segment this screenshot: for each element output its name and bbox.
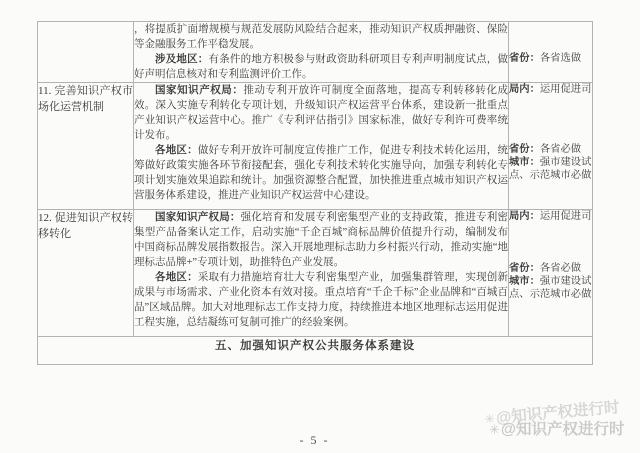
paragraph-label: 各地区： xyxy=(155,272,198,283)
task-title: 12. 促进知识产权转移转化 xyxy=(38,212,133,240)
assignment-block: 局内：运用促进司 xyxy=(509,83,592,96)
measure-paragraph: 国家知识产权局：推动专利开放许可制度全面落地，提高专利转移转化成效。深入实施专利… xyxy=(134,83,508,143)
assignment-cell: 局内：运用促进司 省份：各省必做 城市：强市建设试 点、示范城市必做 xyxy=(509,210,593,337)
watermark-copy: ✳@知识产权进行时 xyxy=(483,395,620,429)
paragraph-label: 各地区： xyxy=(155,145,198,156)
assignment-label: 省份： xyxy=(509,53,540,64)
paragraph-label: 国家知识产权局： xyxy=(155,85,243,96)
assignment-label: 城市： xyxy=(509,276,540,287)
measures-cell: 国家知识产权局：强化培育和发展专利密集型产业的支持政策，推进专利密集型产品备案认… xyxy=(134,210,509,337)
page-number: - 5 - xyxy=(37,433,592,448)
assignment-label: 局内： xyxy=(509,84,540,95)
paragraph-label: 涉及地区： xyxy=(155,54,209,65)
assignment-text: 各省必做 xyxy=(540,263,581,274)
assignment-block: 省份：各省必做 城市：强市建设试 点、示范城市必做 xyxy=(509,262,592,301)
assignment-label: 省份： xyxy=(509,263,540,274)
assignment-label: 城市： xyxy=(509,157,540,168)
weibo-icon: ✳ xyxy=(484,411,496,427)
table-row-continued: ，将提质扩面增规模与规范发展防风险结合起来，推动知识产权质押融资、保险等金融服务… xyxy=(38,22,593,83)
assignment-line: 局内：运用促进司 xyxy=(509,210,592,223)
measure-paragraph: 涉及地区：有条件的地方积极参与财政资助科研项目专利声明制度试点，做好声明信息核对… xyxy=(134,52,508,82)
measure-paragraph: ，将提质扩面增规模与规范发展防风险结合起来，推动知识产权质押融资、保险等金融服务… xyxy=(134,22,508,52)
measures-cell: ，将提质扩面增规模与规范发展防风险结合起来，推动知识产权质押融资、保险等金融服务… xyxy=(134,22,509,83)
task-title-cell: 11. 完善知识产权市场化运营机制 xyxy=(38,83,134,210)
assignment-label: 省份： xyxy=(509,144,540,155)
assignment-line: 省份：各省必做 xyxy=(509,262,592,275)
table-row-task-12: 12. 促进知识产权转移转化 国家知识产权局：强化培育和发展专利密集型产业的支持… xyxy=(38,210,593,337)
task-title: 11. 完善知识产权市场化运营机制 xyxy=(38,85,133,113)
paragraph-text: ，将提质扩面增规模与规范发展防风险结合起来，推动知识产权质押融资、保险等金融服务… xyxy=(134,24,508,50)
assignment-line: 局内：运用促进司 xyxy=(509,83,592,96)
measures-cell: 国家知识产权局：推动专利开放许可制度全面落地，提高专利转移转化成效。深入实施专利… xyxy=(134,83,509,210)
task-title-cell xyxy=(38,22,134,83)
assignment-line: 城市：强市建设试 点、示范城市必做 xyxy=(509,275,592,301)
assignment-block: 省份：各省选做 xyxy=(509,52,592,65)
task-title-cell: 12. 促进知识产权转移转化 xyxy=(38,210,134,337)
measure-paragraph: 各地区：做好专利开放许可制度宣传推广工作，促进专利技术转化运用，统筹做好政策实施… xyxy=(134,143,508,203)
assignment-label: 局内： xyxy=(509,211,540,222)
assignment-text: 运用促进司 xyxy=(540,211,591,222)
assignment-cell: 局内：运用促进司 省份：各省必做 城市：强市建设试 点、示范城市必做 xyxy=(509,83,593,210)
assignment-line: 城市：强市建设试 点、示范城市必做 xyxy=(509,156,592,182)
measure-paragraph: 各地区：采取有力措施培育壮大专利密集型产业，加强集群管理，实现创新成果与市场需求… xyxy=(134,270,508,330)
assignment-cell: 省份：各省选做 xyxy=(509,22,593,83)
table-row-section-header: 五、加强知识产权公共服务体系建设 xyxy=(38,337,593,365)
assignment-text: 各省选做 xyxy=(540,53,581,64)
section-header: 五、加强知识产权公共服务体系建设 xyxy=(38,337,593,365)
policy-task-table: ，将提质扩面增规模与规范发展防风险结合起来，推动知识产权质押融资、保险等金融服务… xyxy=(37,21,593,365)
measure-paragraph: 国家知识产权局：强化培育和发展专利密集型产业的支持政策，推进专利密集型产品备案认… xyxy=(134,210,508,270)
assignment-line: 省份：各省选做 xyxy=(509,52,592,65)
table-row-task-11: 11. 完善知识产权市场化运营机制 国家知识产权局：推动专利开放许可制度全面落地… xyxy=(38,83,593,210)
assignment-block: 局内：运用促进司 xyxy=(509,210,592,223)
assignment-block: 省份：各省必做 城市：强市建设试 点、示范城市必做 xyxy=(509,143,592,182)
assignment-text: 各省必做 xyxy=(540,144,581,155)
paragraph-label: 国家知识产权局： xyxy=(155,212,241,223)
assignment-line: 省份：各省必做 xyxy=(509,143,592,156)
watermark-text: @知识产权进行时 xyxy=(496,399,621,427)
assignment-text: 运用促进司 xyxy=(540,84,591,95)
